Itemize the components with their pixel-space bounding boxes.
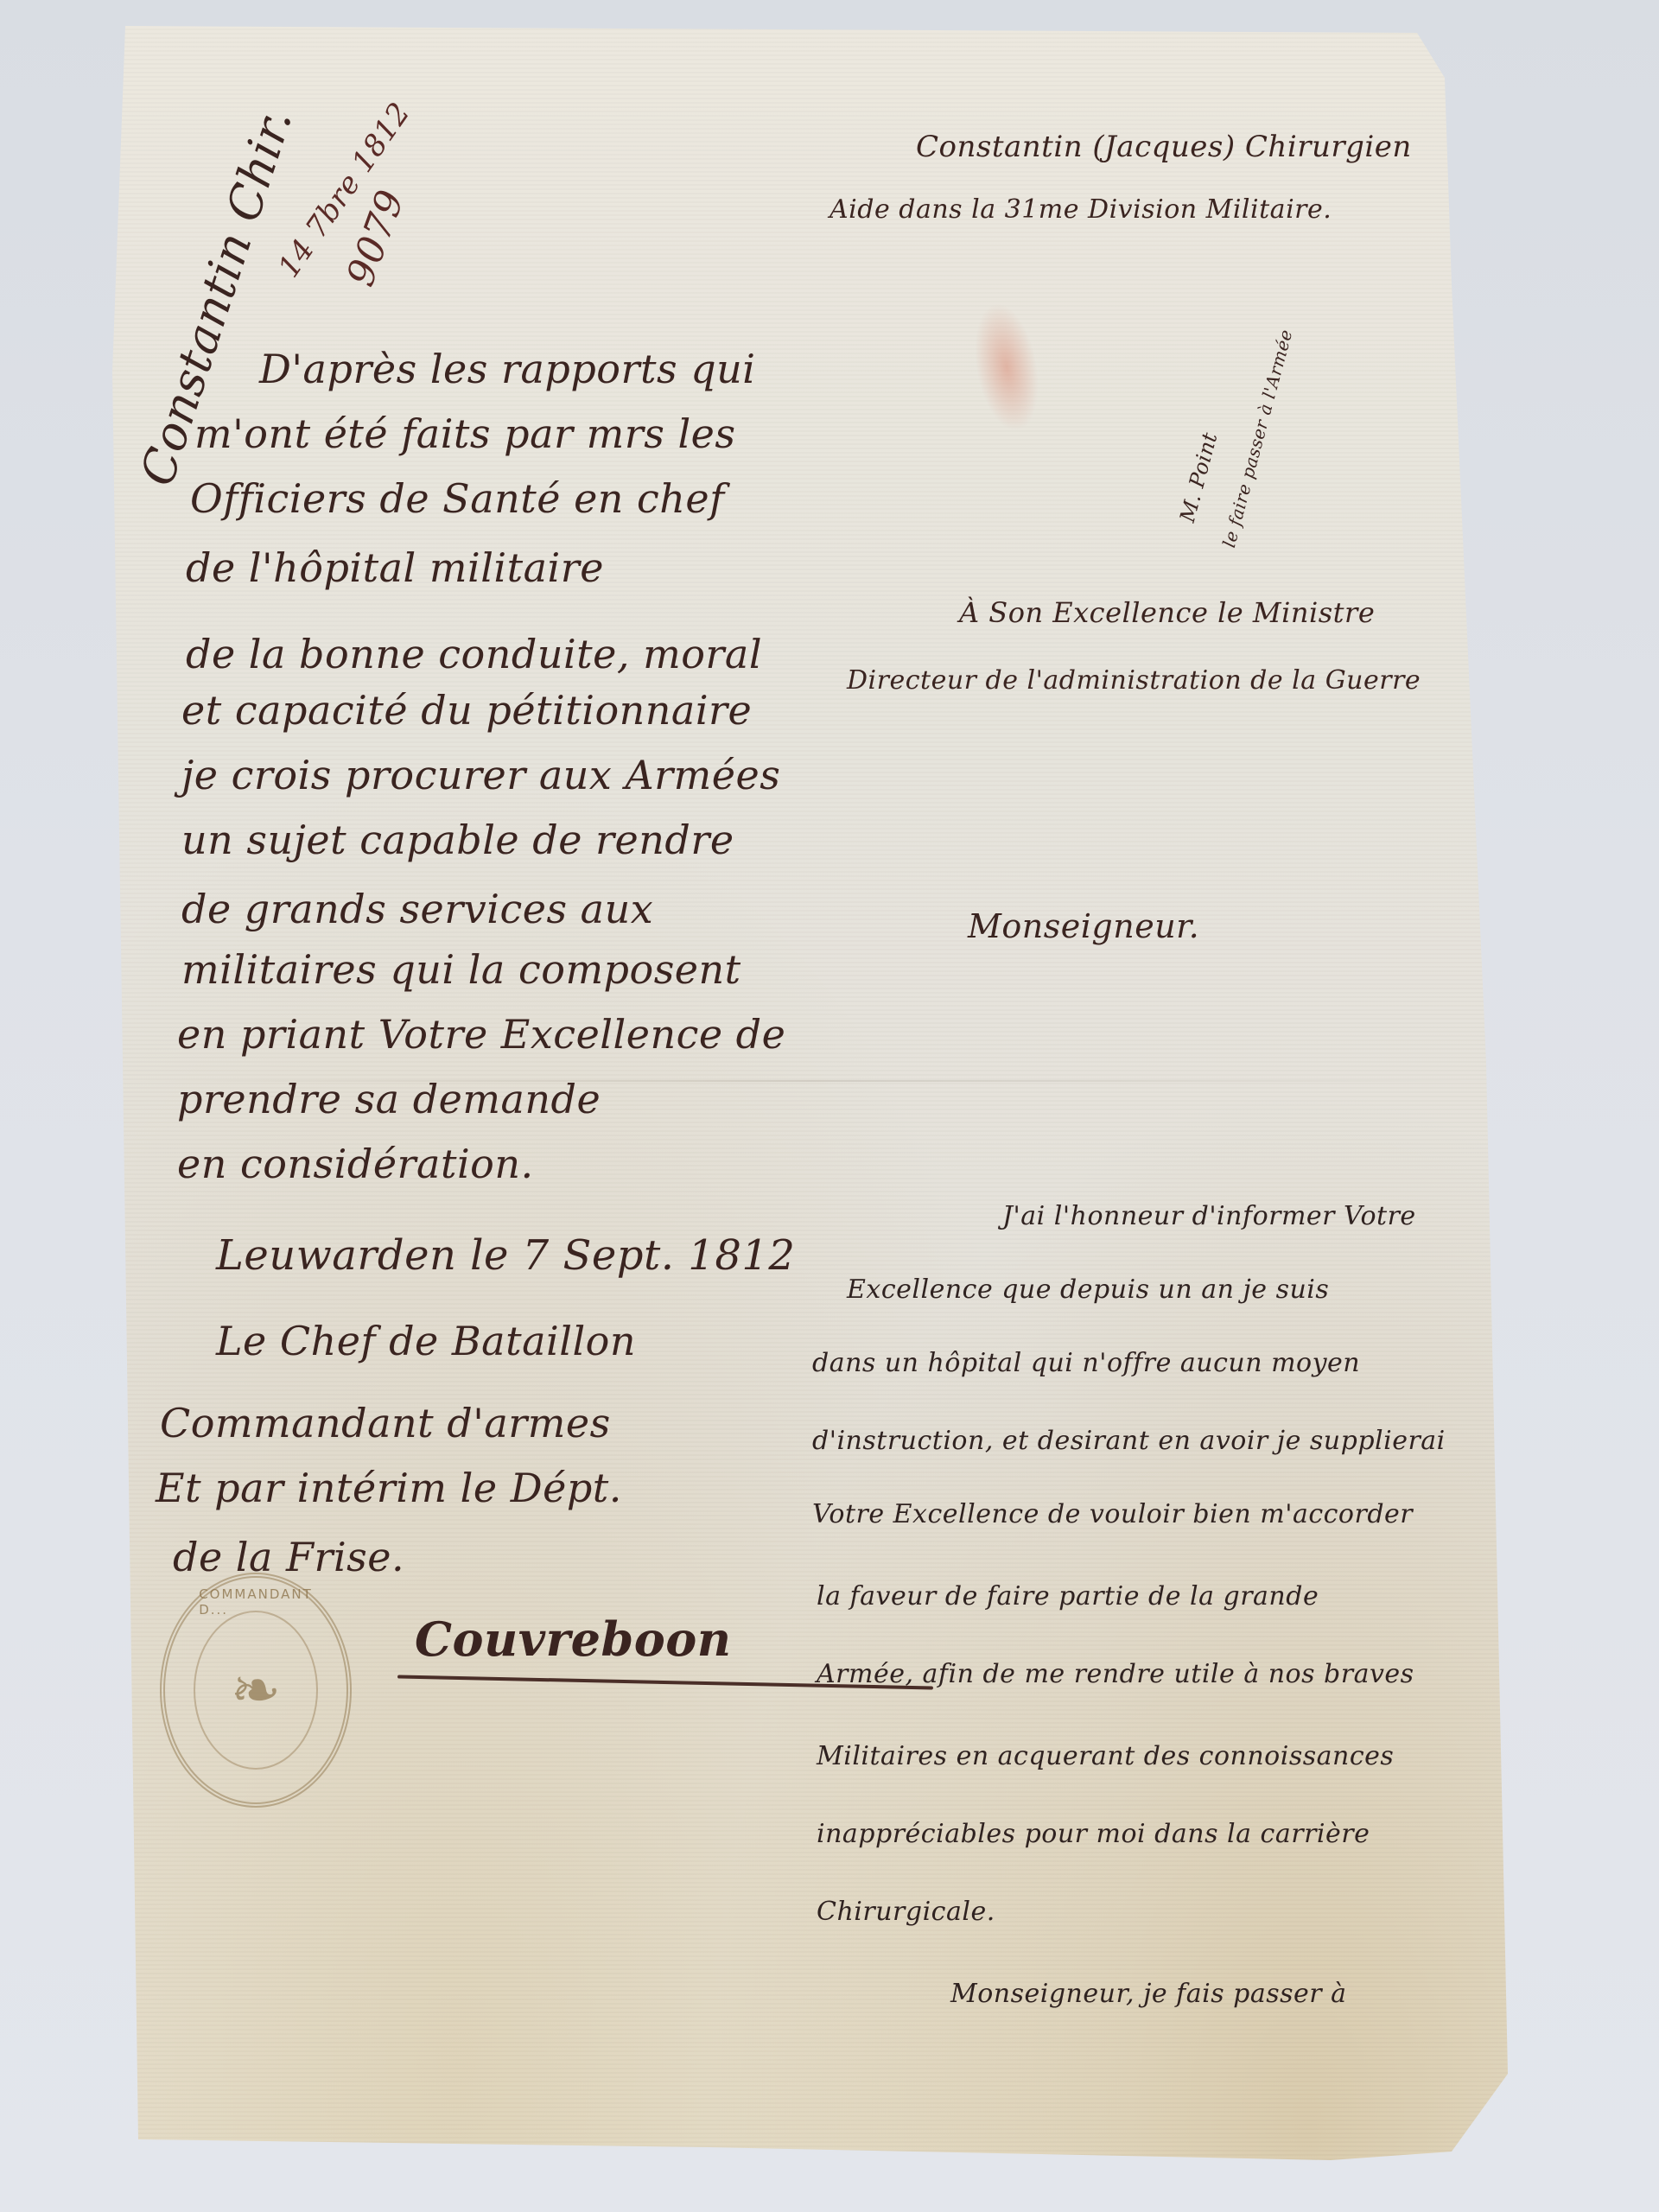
official-seal-stamp: COMMANDANT D... ❧	[160, 1573, 352, 1808]
endorsement-line: et capacité du pétitionnaire	[181, 687, 752, 734]
body-line: Excellence que depuis un an je suis	[847, 1274, 1329, 1305]
place-date: Leuwarden le 7 Sept. 1812	[216, 1231, 795, 1280]
red-crayon-mark	[966, 298, 1048, 436]
letter-paper: Constantin Chir. 14 7bre 1812 9079 Const…	[104, 26, 1521, 2169]
endorsement-line: de l'hôpital militaire	[186, 544, 604, 591]
endorsement-line: Officiers de Santé en chef	[190, 475, 725, 522]
endorsement-line: de grands services aux	[181, 886, 653, 932]
endorsement-line: militaires qui la composent	[181, 946, 741, 993]
address-line-2: Directeur de l'administration de la Guer…	[847, 665, 1421, 696]
endorsement-line: prendre sa demande	[177, 1076, 601, 1122]
margin-note-right-2: le faire passer à l'Armée	[1218, 327, 1297, 550]
body-line: Monseigneur, je fais passer à	[950, 1979, 1347, 2009]
endorsement-line: de la bonne conduite, moral	[186, 631, 762, 677]
signatory-title-line: de la Frise.	[173, 1534, 404, 1580]
margin-note-right-1: M. Point	[1175, 429, 1223, 524]
eagle-emblem-icon: ❧	[194, 1611, 318, 1770]
salutation: Monseigneur.	[968, 907, 1199, 945]
signatory-title-line: Le Chef de Bataillon	[216, 1318, 636, 1364]
address-line-1: À Son Excellence le Ministre	[959, 596, 1375, 629]
endorsement-line: un sujet capable de rendre	[181, 817, 734, 863]
body-line: J'ai l'honneur d'informer Votre	[1002, 1201, 1416, 1231]
signatory-title-line: Commandant d'armes	[160, 1400, 611, 1446]
endorsement-line: m'ont été faits par mrs les	[194, 410, 735, 457]
endorsement-line: D'après les rapports qui	[259, 346, 756, 392]
body-line: Armée, afin de me rendre utile à nos bra…	[817, 1659, 1414, 1689]
header-line-1: Constantin (Jacques) Chirurgien	[916, 130, 1412, 164]
endorsement-line: en considération.	[177, 1141, 534, 1187]
endorsement-line: en priant Votre Excellence de	[177, 1011, 785, 1058]
stamp-text: COMMANDANT D...	[199, 1586, 313, 1618]
signatory-title-line: Et par intérim le Dépt.	[156, 1465, 622, 1511]
signature: Couvreboon	[415, 1611, 732, 1667]
body-line: Chirurgicale.	[817, 1897, 995, 1927]
endorsement-line: je crois procurer aux Armées	[181, 752, 780, 798]
body-line: Militaires en acquerant des connoissance…	[817, 1741, 1394, 1771]
body-line: inappréciables pour moi dans la carrière	[817, 1819, 1370, 1849]
body-line: la faveur de faire partie de la grande	[817, 1581, 1319, 1611]
body-line: dans un hôpital qui n'offre aucun moyen	[812, 1348, 1360, 1378]
body-line: d'instruction, et desirant en avoir je s…	[812, 1426, 1446, 1456]
body-line: Votre Excellence de vouloir bien m'accor…	[812, 1499, 1413, 1529]
header-line-2: Aide dans la 31me Division Militaire.	[829, 194, 1332, 225]
